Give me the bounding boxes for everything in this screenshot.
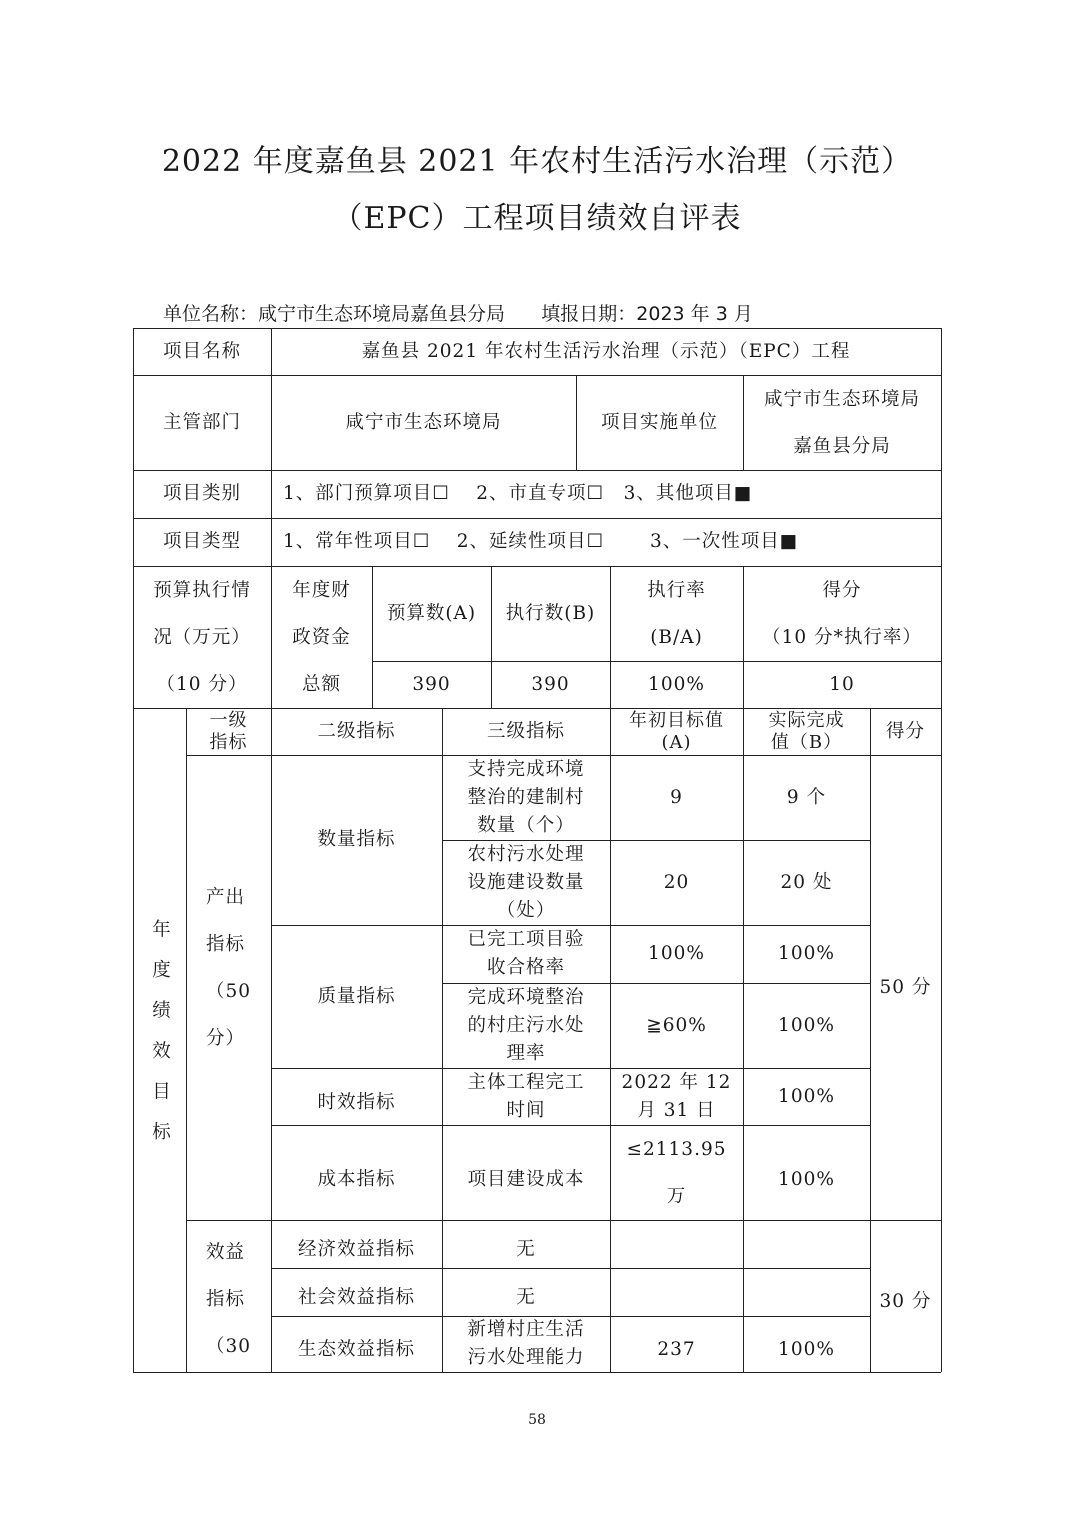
unit-name: 单位名称：咸宁市生态环境局嘉鱼县分局 xyxy=(163,303,505,325)
score-value: 10 xyxy=(743,661,941,708)
annual-goals-text: 年度绩效目标 xyxy=(146,919,174,1162)
actual-header-line2: 值（B） xyxy=(771,732,842,754)
cost-indicator: 成本指标 xyxy=(271,1125,442,1220)
level3-line: 新增村庄生活 xyxy=(467,1316,584,1344)
actual-value: 100% xyxy=(743,1125,870,1220)
type-label: 项目类型 xyxy=(133,518,271,566)
target-value: 2022 年 12 月 31 日 xyxy=(610,1068,743,1125)
impl-unit-line2: 嘉鱼县分局 xyxy=(793,423,891,470)
dept-label: 主管部门 xyxy=(133,375,271,470)
level3-indicator: 完成环境整治 的村庄污水处 理率 xyxy=(442,983,610,1068)
budget-label: 预算执行情 况（万元） （10 分） xyxy=(133,566,271,708)
divider xyxy=(941,328,942,1372)
social-indicator: 社会效益指标 xyxy=(271,1268,442,1316)
score-header: 得分 （10 分*执行率） xyxy=(743,566,941,661)
target-line: ≤2113.95 xyxy=(626,1126,726,1173)
level3-line: 理率 xyxy=(506,1040,545,1068)
benefit-label-line3: （30 xyxy=(206,1323,251,1370)
output-score: 50 分 xyxy=(870,755,941,1220)
rate-header: 执行率 (B/A) xyxy=(610,566,743,661)
budget-label-line2: 况（万元） xyxy=(153,614,251,661)
output-indicator-label: 产出 指标 （50 分） xyxy=(186,755,271,1220)
level3-indicator: 无 xyxy=(442,1268,610,1316)
target-line: 万 xyxy=(667,1173,687,1220)
target-header-line2: (A) xyxy=(661,732,691,754)
project-name-label: 项目名称 xyxy=(133,328,271,375)
rate-header-line1: 执行率 xyxy=(647,567,706,614)
level3-line: 数量（个） xyxy=(477,812,575,840)
target-value: ≤2113.95 万 xyxy=(610,1125,743,1220)
actual-header: 实际完成 值（B） xyxy=(743,708,870,755)
target-value: 237 xyxy=(610,1316,743,1372)
fund-label-line3: 总额 xyxy=(302,661,341,708)
target-value: 9 xyxy=(610,755,743,840)
rate-header-line2: (B/A) xyxy=(650,614,703,661)
output-label-line2: 指标 xyxy=(206,921,245,968)
actual-value: 100% xyxy=(743,983,870,1068)
page-number: 58 xyxy=(0,1412,1074,1428)
rate-value: 100% xyxy=(610,661,743,708)
economic-indicator: 经济效益指标 xyxy=(271,1220,442,1268)
impl-unit-line1: 咸宁市生态环境局 xyxy=(764,376,920,423)
target-line: 月 31 日 xyxy=(637,1097,715,1125)
score-header-line1: 得分 xyxy=(822,567,861,614)
target-line: 2022 年 12 xyxy=(622,1069,732,1097)
level3-line: 主体工程完工 xyxy=(467,1069,584,1097)
target-value: ≧60% xyxy=(610,983,743,1068)
output-label-line4: 分） xyxy=(206,1015,245,1062)
level3-line: 收合格率 xyxy=(487,954,565,982)
executed-b-value: 390 xyxy=(491,661,610,708)
actual-value xyxy=(743,1220,870,1268)
level3-line: 的村庄污水处 xyxy=(467,1012,584,1040)
fund-label-line1: 年度财 xyxy=(292,567,351,614)
category-options: 1、部门预算项目☐ 2、市直专项☐ 3、其他项目■ xyxy=(271,470,941,518)
level3-indicator: 无 xyxy=(442,1220,610,1268)
level3-line: 支持完成环境 xyxy=(467,756,584,784)
level3-line: 已完工项目验 xyxy=(467,926,584,954)
actual-value: 100% xyxy=(743,925,870,983)
level3-line: 时间 xyxy=(506,1097,545,1125)
level3-header: 三级指标 xyxy=(442,708,610,755)
level3-line: 设施建设数量 xyxy=(467,869,584,897)
impl-unit-value: 咸宁市生态环境局 嘉鱼县分局 xyxy=(743,375,941,470)
report-date: 填报日期：2023 年 3 月 xyxy=(541,303,753,325)
quantity-indicator: 数量指标 xyxy=(271,755,442,925)
level3-indicator: 农村污水处理 设施建设数量 （处） xyxy=(442,840,610,925)
target-value: 100% xyxy=(610,925,743,983)
benefit-label-line1: 效益 xyxy=(206,1229,245,1276)
actual-value: 9 个 xyxy=(743,755,870,840)
benefit-indicator-label: 效益 指标 （30 xyxy=(186,1220,271,1372)
target-header-line1: 年初目标值 xyxy=(629,710,724,732)
actual-value: 20 处 xyxy=(743,840,870,925)
budget-label-line1: 预算执行情 xyxy=(153,567,251,614)
level3-line: 整治的建制村 xyxy=(467,784,584,812)
score-header-line2: （10 分*执行率） xyxy=(762,614,922,661)
fund-label-line2: 政资金 xyxy=(292,614,351,661)
actual-value: 100% xyxy=(743,1068,870,1125)
level3-line: 污水处理能力 xyxy=(467,1344,584,1372)
level1-header: 一级 指标 xyxy=(186,708,271,755)
page-title-line2: （EPC）工程项目绩效自评表 xyxy=(0,193,1074,237)
ecological-indicator: 生态效益指标 xyxy=(271,1316,442,1372)
benefit-label-line2: 指标 xyxy=(206,1276,245,1323)
target-value xyxy=(610,1268,743,1316)
executed-b-header: 执行数(B) xyxy=(491,566,610,661)
level3-indicator: 项目建设成本 xyxy=(442,1125,610,1220)
budget-a-value: 390 xyxy=(372,661,491,708)
divider xyxy=(133,1372,941,1373)
level3-indicator: 支持完成环境 整治的建制村 数量（个） xyxy=(442,755,610,840)
output-label-line3: （50 xyxy=(206,968,251,1015)
level3-line: 农村污水处理 xyxy=(467,841,584,869)
benefit-score: 30 分 xyxy=(870,1220,941,1372)
level3-indicator: 主体工程完工 时间 xyxy=(442,1068,610,1125)
budget-a-header: 预算数(A) xyxy=(372,566,491,661)
actual-value: 100% xyxy=(743,1316,870,1372)
level3-indicator: 新增村庄生活 污水处理能力 xyxy=(442,1316,610,1372)
meta-line: 单位名称：咸宁市生态环境局嘉鱼县分局 填报日期：2023 年 3 月 xyxy=(163,299,753,326)
project-name-value: 嘉鱼县 2021 年农村生活污水治理（示范）（EPC）工程 xyxy=(271,328,941,375)
level3-line: （处） xyxy=(497,897,556,925)
level1-header-line2: 指标 xyxy=(210,732,248,754)
category-label: 项目类别 xyxy=(133,470,271,518)
quality-indicator: 质量指标 xyxy=(271,925,442,1068)
budget-label-line3: （10 分） xyxy=(157,661,248,708)
output-label-line1: 产出 xyxy=(206,874,245,921)
type-options: 1、常年性项目☐ 2、延续性项目☐ 3、一次性项目■ xyxy=(271,518,941,566)
timeliness-indicator: 时效指标 xyxy=(271,1068,442,1125)
target-value: 20 xyxy=(610,840,743,925)
level1-header-line1: 一级 xyxy=(210,710,248,732)
score-col-header: 得分 xyxy=(870,708,941,755)
level3-indicator: 已完工项目验 收合格率 xyxy=(442,925,610,983)
impl-unit-label: 项目实施单位 xyxy=(576,375,743,470)
target-value xyxy=(610,1220,743,1268)
actual-value xyxy=(743,1268,870,1316)
dept-value: 咸宁市生态环境局 xyxy=(271,375,576,470)
fund-label: 年度财 政资金 总额 xyxy=(271,566,372,708)
annual-goals-label: 年度绩效目标 xyxy=(133,708,186,1372)
page-title-line1: 2022 年度嘉鱼县 2021 年农村生活污水治理（示范） xyxy=(0,136,1074,180)
level3-line: 完成环境整治 xyxy=(467,984,584,1012)
target-header: 年初目标值 (A) xyxy=(610,708,743,755)
level2-header: 二级指标 xyxy=(271,708,442,755)
actual-header-line1: 实际完成 xyxy=(769,710,845,732)
